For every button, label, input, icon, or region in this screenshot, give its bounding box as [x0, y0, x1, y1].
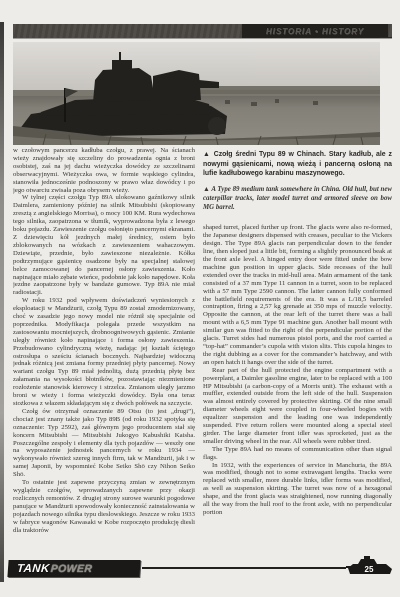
page-footer: TANK POWER 25 — [8, 556, 394, 580]
paragraph: Czołg ów otrzymał oznaczenie 89 Otsu (to… — [13, 408, 195, 479]
paragraph: w czołowym pancerzu kadłuba czołgu, z pr… — [13, 147, 195, 194]
caption-english: ▲ A Type 89 medium tank somewhere in Chi… — [203, 185, 392, 213]
paragraph: shaped turret, placed further up front. … — [203, 224, 392, 366]
paragraph: W roku 1932 pod wpływem doświadczeń wyni… — [13, 297, 195, 408]
right-column: ▲ Czołg średni Typu 89 w Chinach. Stary … — [203, 147, 392, 551]
paragraph: The Type 89A had no means of communicati… — [203, 446, 392, 462]
left-column: w czołowym pancerzu kadłuba czołgu, z pr… — [13, 147, 195, 551]
paragraph: To ostatnie jest zapewne przyczyną zmian… — [13, 479, 195, 534]
section-label-box: HISTORIA • HISTORY — [242, 24, 388, 38]
scanned-book-page: HISTORIA • HISTORY — [0, 0, 400, 597]
logo-word-power: POWER — [50, 562, 93, 574]
paragraph: Rear part of the hull protected the engi… — [203, 367, 392, 446]
paragraph: In 1932, with the experiences of service… — [203, 462, 392, 517]
tank-silhouette-icon: 25 — [346, 555, 394, 579]
section-label: HISTORIA • HISTORY — [266, 27, 364, 36]
caption-polish: ▲ Czołg średni Typu 89 w Chinach. Stary … — [203, 150, 392, 179]
tank-power-logo: TANK POWER — [7, 560, 140, 577]
paragraph: W tylnej części czołgu Typ 89A ulokowano… — [13, 194, 195, 297]
page-number: 25 — [365, 565, 374, 574]
text-columns: w czołowym pancerzu kadłuba czołgu, z pr… — [13, 147, 392, 551]
scan-binding-shadow — [0, 22, 4, 582]
header-bar: HISTORIA • HISTORY — [13, 24, 392, 38]
logo-word-tank: TANK — [17, 562, 51, 574]
footer-rule — [142, 567, 346, 569]
right-column-body: shaped turret, placed further up front. … — [203, 224, 392, 517]
tank-photo — [13, 42, 380, 145]
header-rule — [380, 37, 392, 38]
tank-photo-illustration — [13, 42, 380, 145]
